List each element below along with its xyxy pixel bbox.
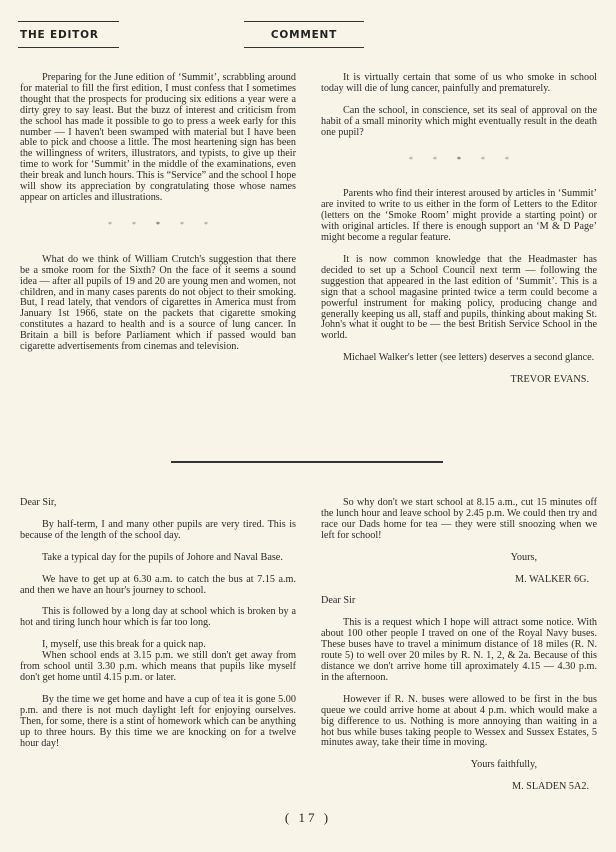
letter-paragraph: By the time we get home and have a cup o… <box>20 695 296 750</box>
star-separator: * * * * * <box>321 155 597 166</box>
editorial-paragraph: Preparing for the June edition of ‘Summi… <box>20 73 296 204</box>
editorial-paragraph: Can the school, in conscience, set its s… <box>321 106 597 139</box>
letter-paragraph: By half-term, I and many other pupils ar… <box>20 520 296 542</box>
star-icon: * <box>204 220 208 231</box>
letter-walker-part1: Dear Sir, By half-term, I and many other… <box>20 498 296 760</box>
letter-paragraph: However if R. N. buses were allowed to b… <box>321 695 597 750</box>
letter-signature: M. SLADEN 5A2. <box>321 782 597 793</box>
editorial-paragraph: It is virtually certain that some of us … <box>321 73 597 95</box>
letter-salutation: Dear Sir <box>321 596 597 607</box>
star-icon: * <box>132 220 136 231</box>
letter-paragraph: So why don't we start school at 8.15 a.m… <box>321 498 597 542</box>
letter-walker-part2-and-sladen: So why don't we start school at 8.15 a.m… <box>321 498 597 804</box>
letter-closing: Yours, <box>321 553 597 564</box>
editorial-paragraph: What do we think of William Crutch's sug… <box>20 255 296 353</box>
letter-closing: Yours faithfully, <box>321 760 597 771</box>
section-heading-the-editor: THE EDITOR <box>18 21 119 48</box>
star-icon: * <box>433 155 437 166</box>
star-separator: * * * * * <box>20 220 296 231</box>
editorial-paragraph: Parents who find their interest aroused … <box>321 189 597 244</box>
section-heading-comment: COMMENT <box>244 21 364 48</box>
page-number: ( 17 ) <box>0 810 616 826</box>
star-icon: * <box>108 220 112 231</box>
star-icon: * <box>180 220 184 231</box>
editorial-paragraph: It is now common knowledge that the Head… <box>321 255 597 342</box>
letter-salutation: Dear Sir, <box>20 498 296 509</box>
star-icon: * <box>409 155 413 166</box>
section-divider <box>171 461 443 463</box>
star-icon: * <box>505 155 509 166</box>
editorial-right-column: It is virtually certain that some of us … <box>321 73 597 397</box>
star-icon: * <box>481 155 485 166</box>
star-icon: * <box>457 155 461 166</box>
star-icon: * <box>156 220 160 231</box>
editor-signature: TREVOR EVANS. <box>321 375 597 386</box>
letter-signature: M. WALKER 6G. <box>321 575 597 586</box>
letter-paragraph: This is a request which I hope will attr… <box>321 618 597 683</box>
letter-paragraph: This is followed by a long day at school… <box>20 607 296 629</box>
editorial-left-column: Preparing for the June edition of ‘Summi… <box>20 73 296 364</box>
letter-paragraph: When school ends at 3.15 p.m. we still d… <box>20 651 296 684</box>
editorial-paragraph: Michael Walker's letter (see letters) de… <box>321 353 597 364</box>
letter-paragraph: We have to get up at 6.30 a.m. to catch … <box>20 575 296 597</box>
letter-paragraph: Take a typical day for the pupils of Joh… <box>20 553 296 564</box>
